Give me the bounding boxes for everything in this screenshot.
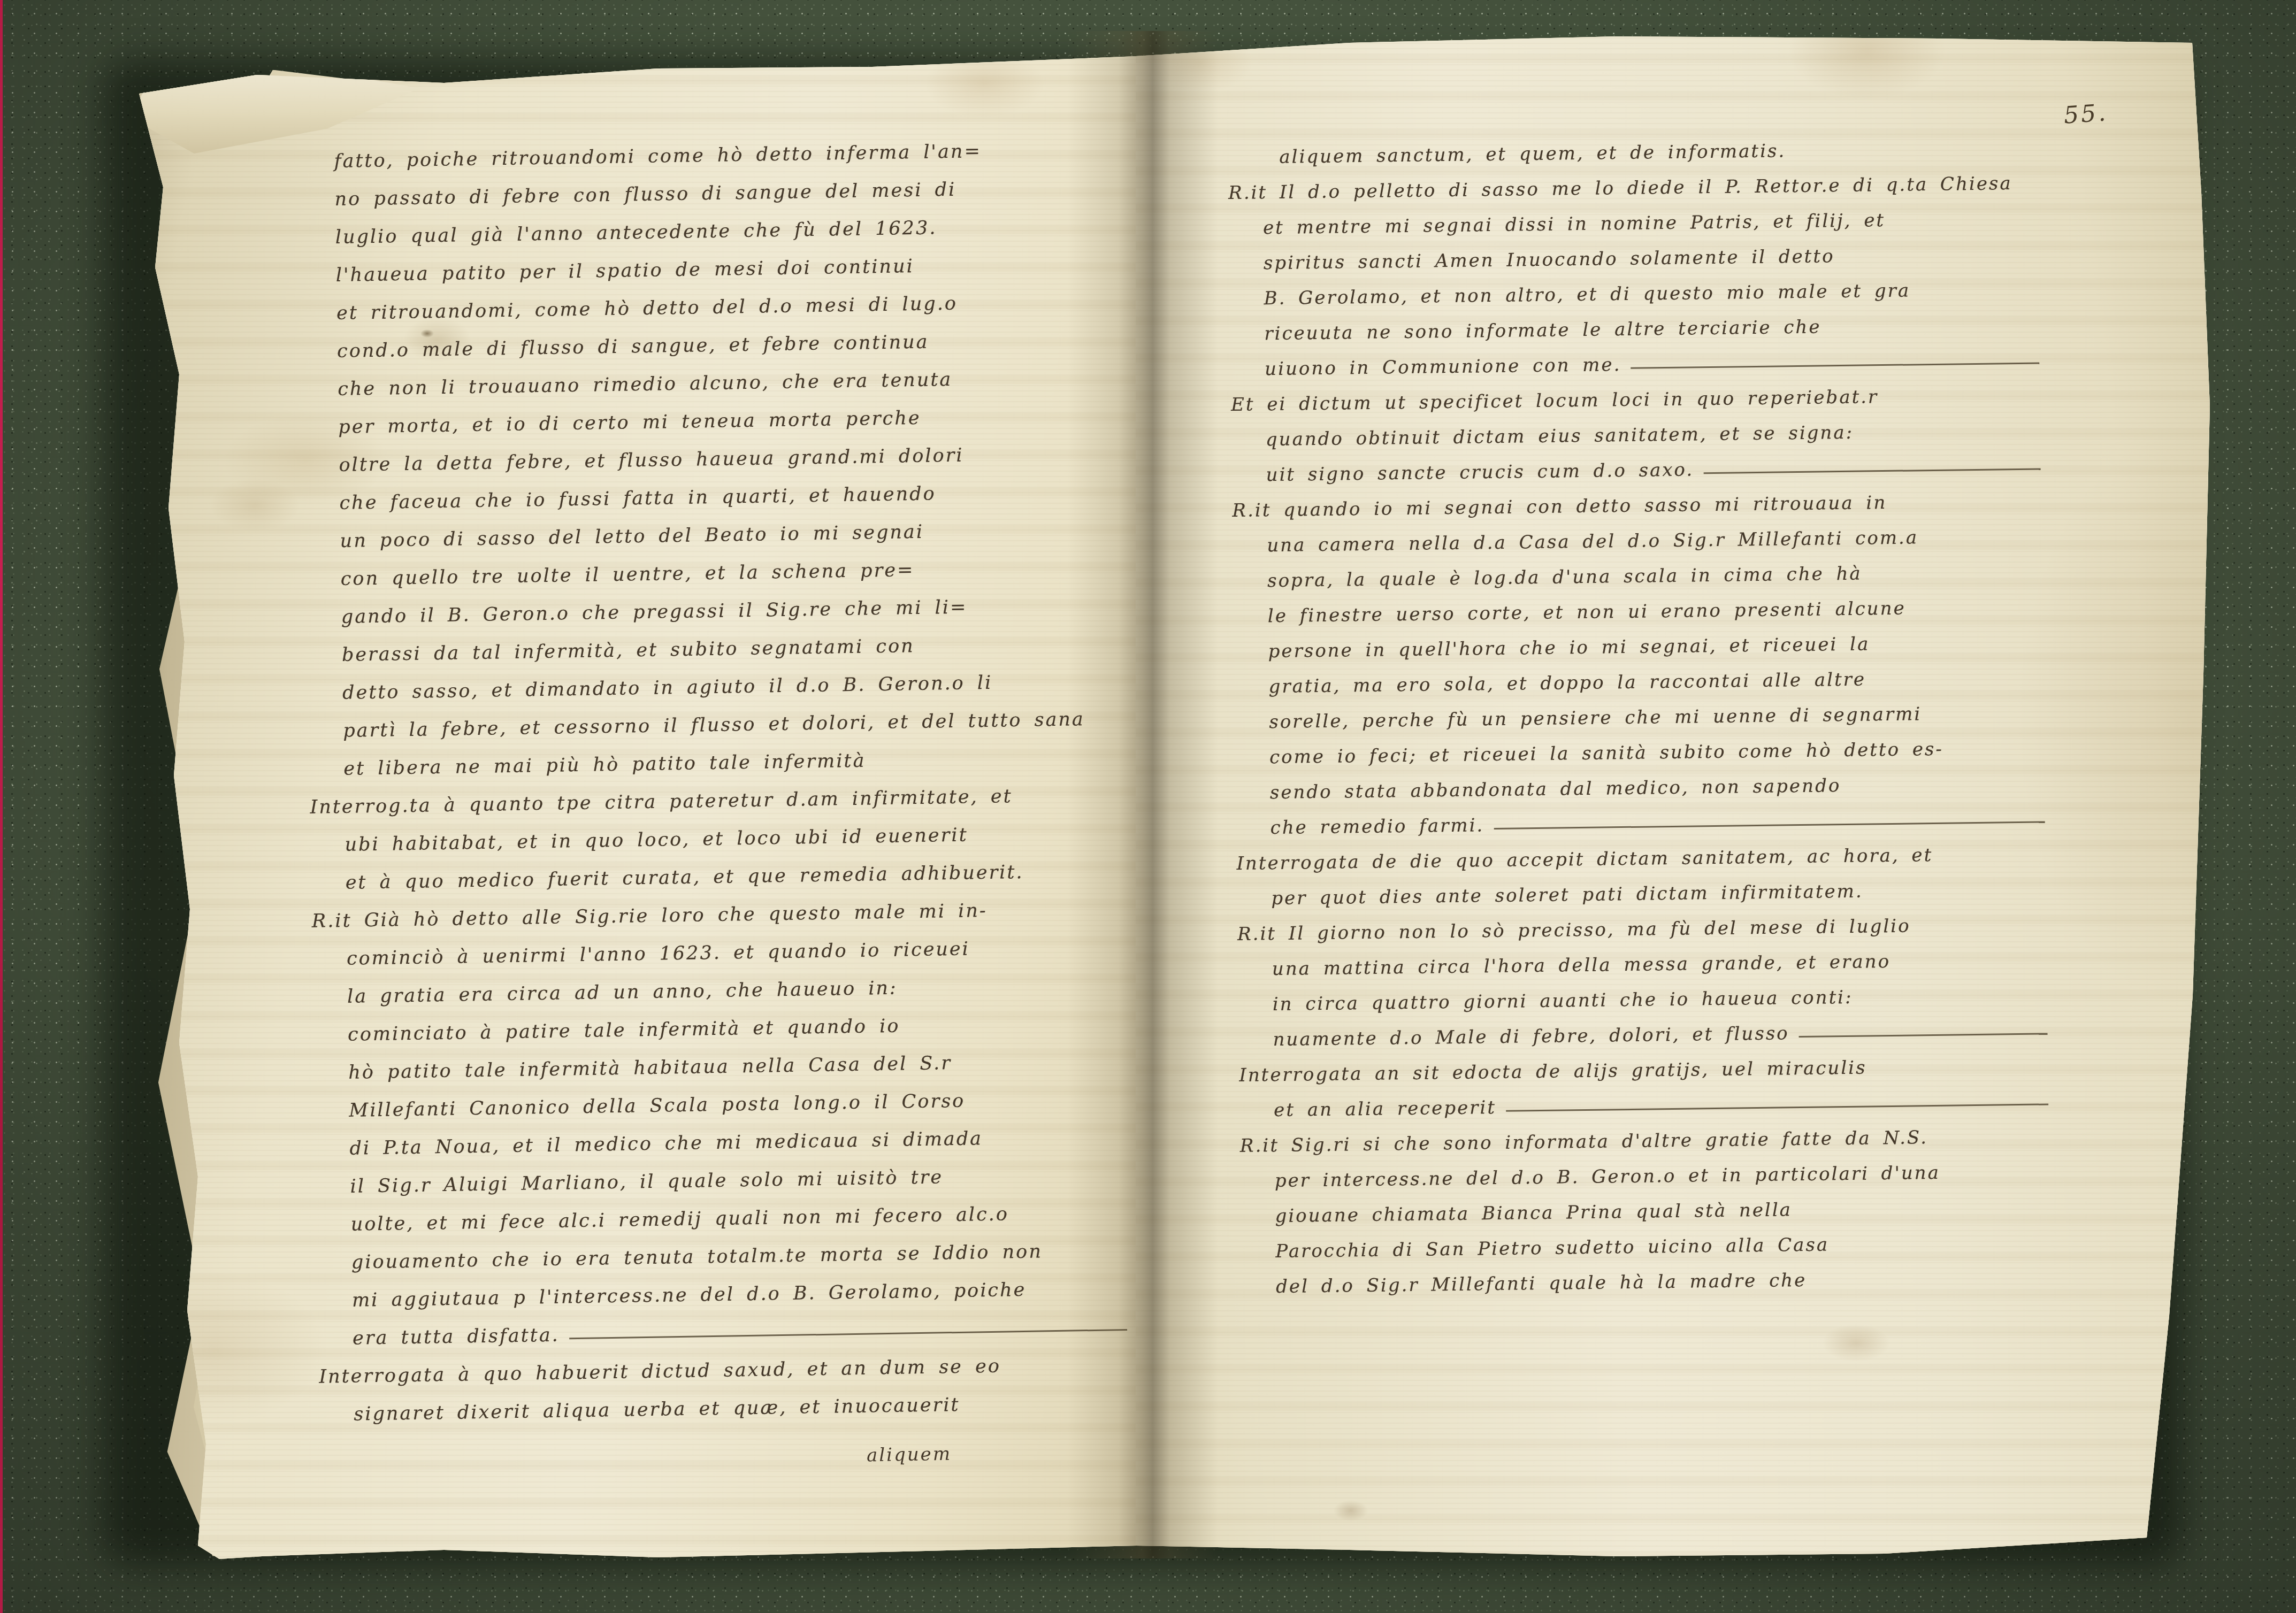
left-page-text: fatto, poiche ritrouandomi come hò detto…	[300, 130, 1154, 1434]
catchword: aliquem	[867, 1443, 952, 1466]
manuscript-scan: { "page_number": "55.", "colors": { "bac…	[0, 0, 2296, 1613]
right-page-text: aliquem sanctum, et quem, et de informat…	[1228, 130, 2076, 1305]
folio-number: 55.	[2063, 99, 2108, 129]
scan-edge-artifact	[0, 0, 3, 1613]
